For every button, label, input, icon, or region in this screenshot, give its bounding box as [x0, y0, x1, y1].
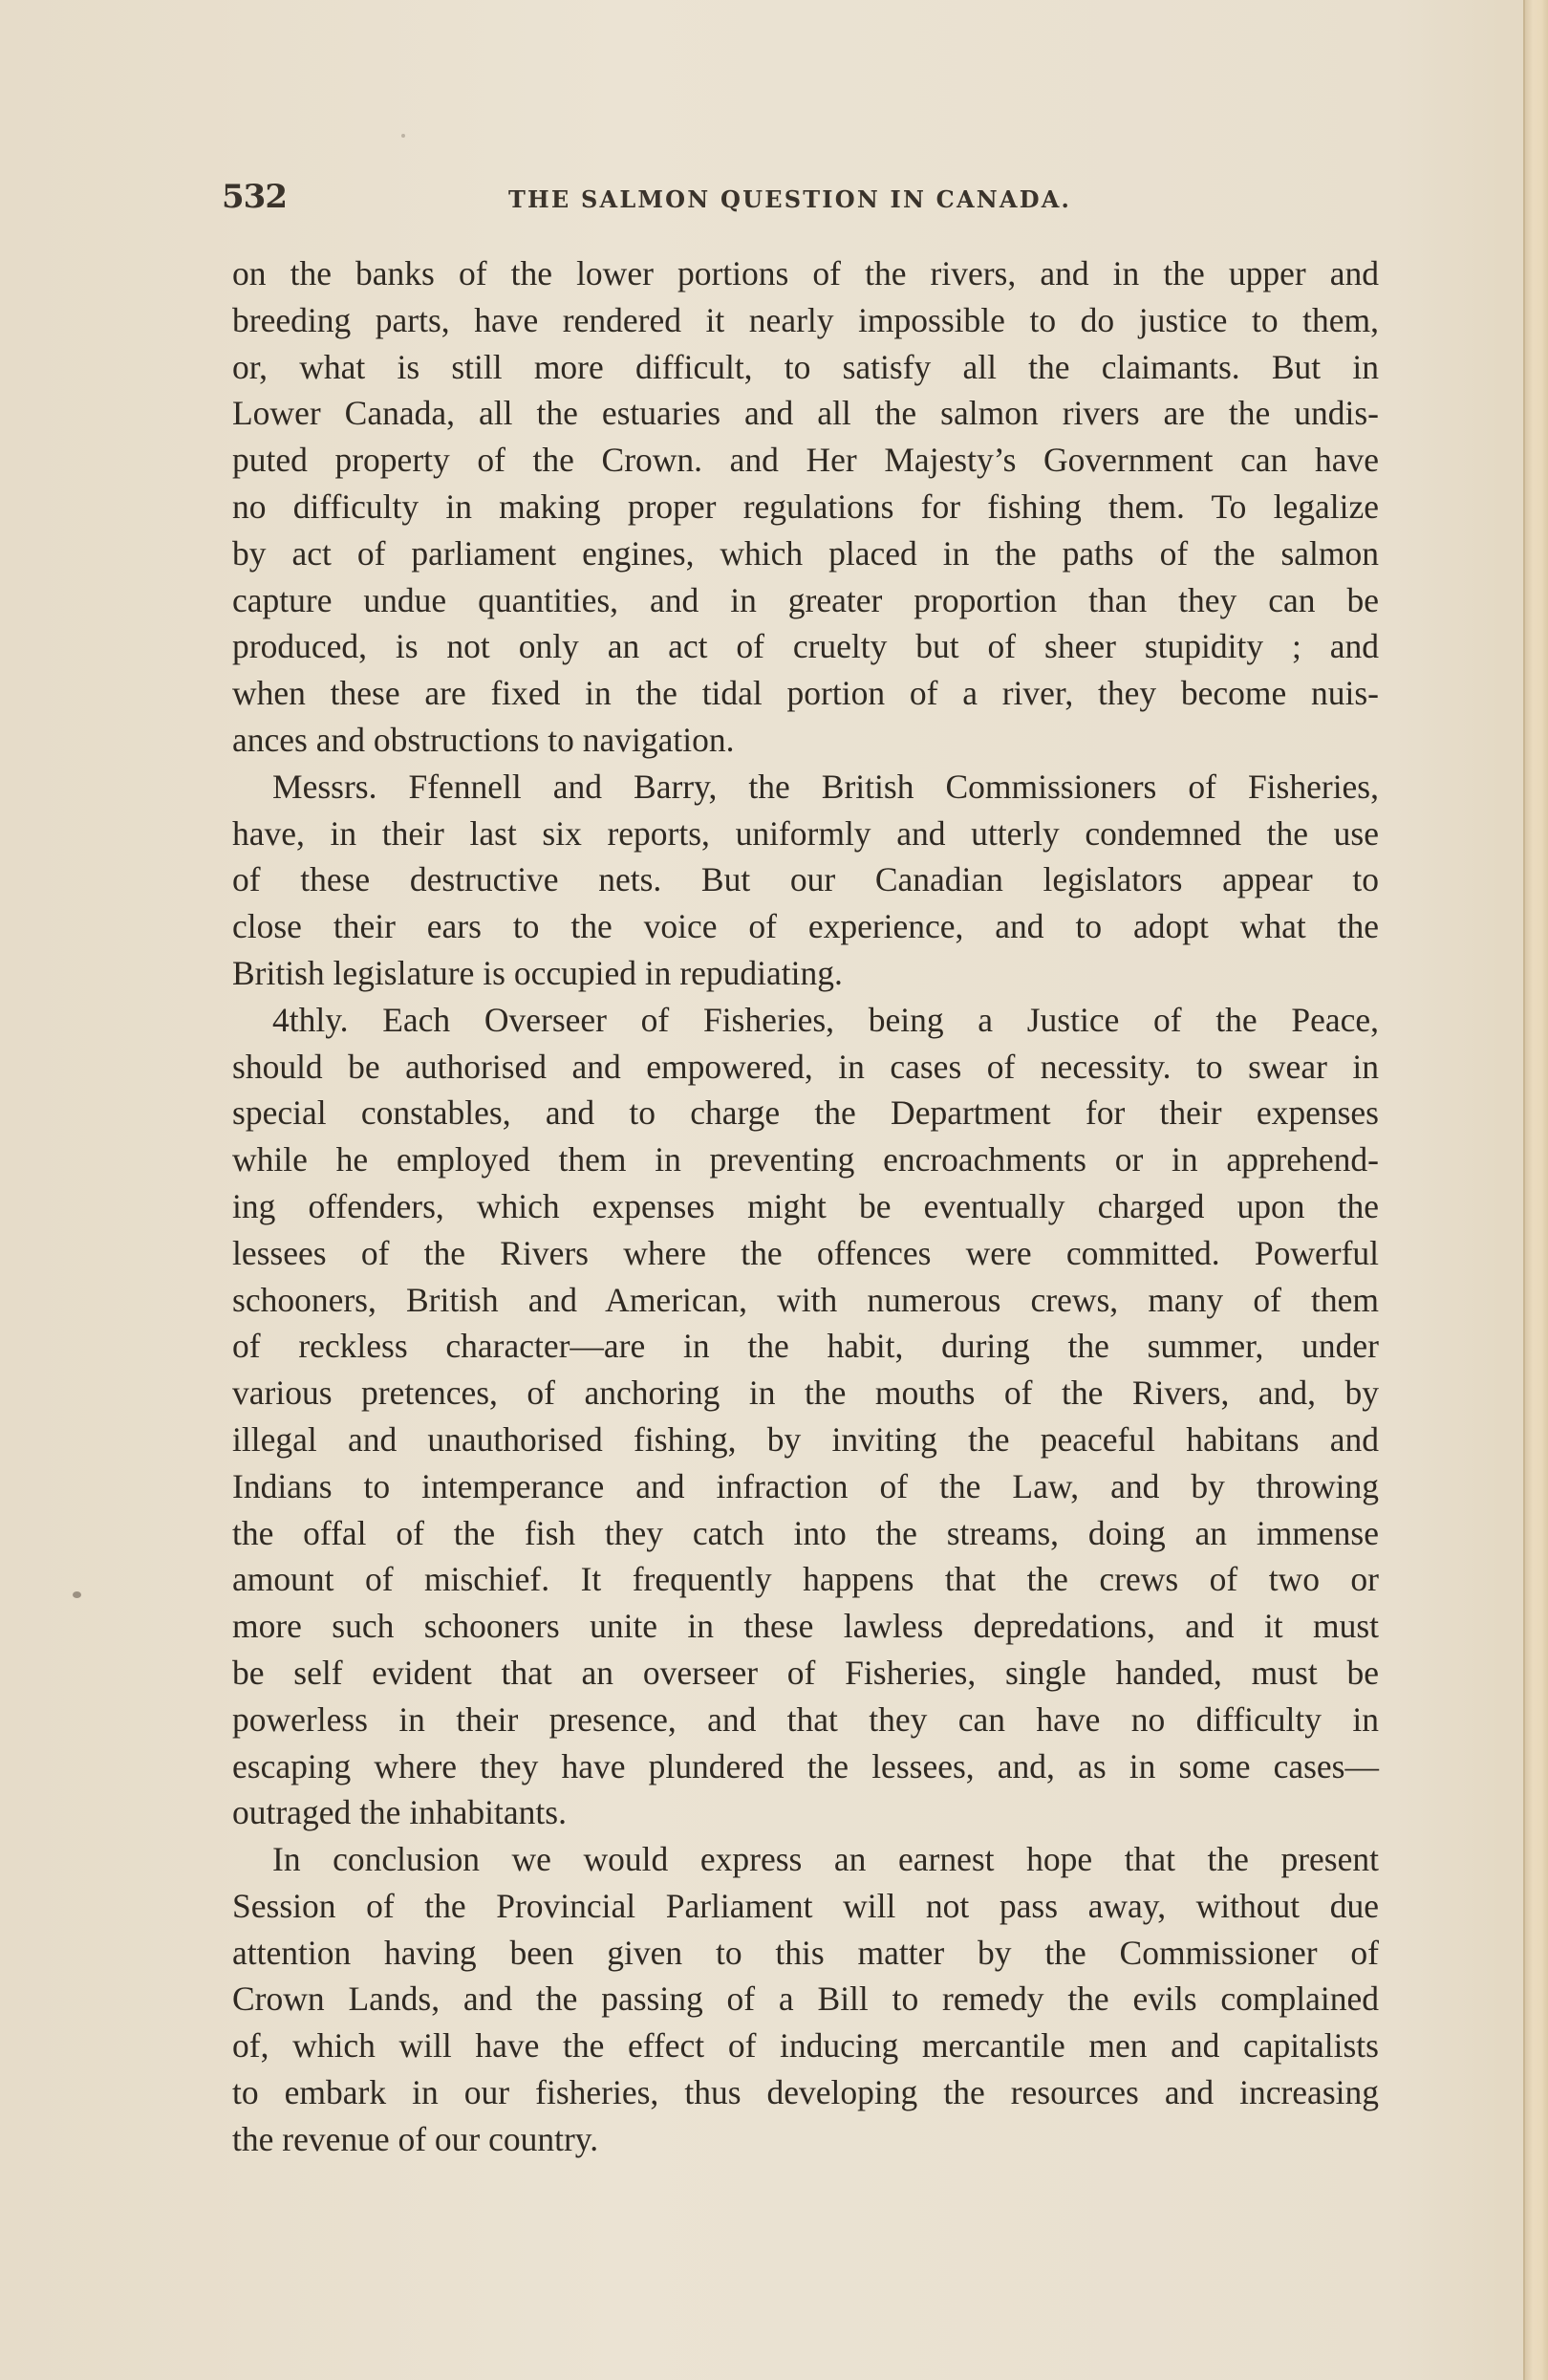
text-line: produced, is not only an act of cruelty … [232, 623, 1379, 670]
text-line: of reckless character—are in the habit, … [232, 1323, 1379, 1370]
body-text: on the banks of the lower portions of th… [232, 250, 1379, 2163]
text-line: should be authorised and empowered, in c… [232, 1044, 1379, 1091]
text-line: Session of the Provincial Parliament wil… [232, 1883, 1379, 1930]
text-line: be self evident that an overseer of Fish… [232, 1650, 1379, 1697]
running-head: 532 THE SALMON QUESTION IN CANADA. [222, 178, 1384, 226]
text-line: close their ears to the voice of experie… [232, 903, 1379, 950]
text-line: on the banks of the lower portions of th… [232, 250, 1379, 297]
text-line: Crown Lands, and the passing of a Bill t… [232, 1976, 1379, 2023]
text-line: have, in their last six reports, uniform… [232, 811, 1379, 857]
text-line: the revenue of our country. [232, 2116, 1379, 2163]
ink-speck [401, 134, 405, 138]
text-line: or, what is still more difficult, to sat… [232, 344, 1379, 391]
text-line: puted property of the Crown. and Her Maj… [232, 437, 1379, 484]
text-line: outraged the inhabitants. [232, 1789, 1379, 1836]
text-line: by act of parliament engines, which plac… [232, 530, 1379, 577]
text-line: Indians to intemperance and infraction o… [232, 1463, 1379, 1510]
text-line: special constables, and to charge the De… [232, 1090, 1379, 1136]
text-line: various pretences, of anchoring in the m… [232, 1370, 1379, 1417]
text-line: of these destructive nets. But our Canad… [232, 856, 1379, 903]
text-line: to embark in our fisheries, thus develop… [232, 2069, 1379, 2116]
text-line: while he employed them in preventing enc… [232, 1136, 1379, 1183]
page-edge [1523, 0, 1548, 2380]
text-line: ances and obstructions to navigation. [232, 717, 1379, 764]
text-line: Lower Canada, all the estuaries and all … [232, 390, 1379, 437]
text-line: 4thly. Each Overseer of Fisheries, being… [232, 997, 1379, 1044]
text-line: breeding parts, have rendered it nearly … [232, 297, 1379, 344]
text-line: schooners, British and American, with nu… [232, 1277, 1379, 1324]
text-line: British legislature is occupied in repud… [232, 950, 1379, 997]
page-number: 532 [222, 178, 287, 216]
text-line: lessees of the Rivers where the offences… [232, 1230, 1379, 1277]
text-line: In conclusion we would express an earnes… [232, 1836, 1379, 1883]
text-line: more such schooners unite in these lawle… [232, 1603, 1379, 1650]
text-line: powerless in their presence, and that th… [232, 1697, 1379, 1743]
text-line: Messrs. Ffennell and Barry, the British … [232, 764, 1379, 811]
paragraph: on the banks of the lower portions of th… [232, 250, 1379, 764]
running-title: THE SALMON QUESTION IN CANADA. [508, 185, 1071, 213]
text-line: attention having been given to this matt… [232, 1930, 1379, 1977]
text-line: the offal of the fish they catch into th… [232, 1510, 1379, 1557]
text-line: amount of mischief. It frequently happen… [232, 1556, 1379, 1603]
ink-speck [73, 1591, 81, 1598]
text-line: escaping where they have plundered the l… [232, 1743, 1379, 1790]
book-page: 532 THE SALMON QUESTION IN CANADA. on th… [0, 0, 1548, 2380]
text-line: when these are fixed in the tidal portio… [232, 670, 1379, 717]
text-line: capture undue quantities, and in greater… [232, 577, 1379, 624]
text-line: illegal and unauthorised fishing, by inv… [232, 1417, 1379, 1463]
paragraph: In conclusion we would express an earnes… [232, 1836, 1379, 2163]
paragraph: Messrs. Ffennell and Barry, the British … [232, 764, 1379, 997]
text-line: of, which will have the effect of induci… [232, 2023, 1379, 2069]
text-line: ing offenders, which expenses might be e… [232, 1183, 1379, 1230]
text-line: no difficulty in making proper regulatio… [232, 484, 1379, 530]
paragraph: 4thly. Each Overseer of Fisheries, being… [232, 997, 1379, 1836]
